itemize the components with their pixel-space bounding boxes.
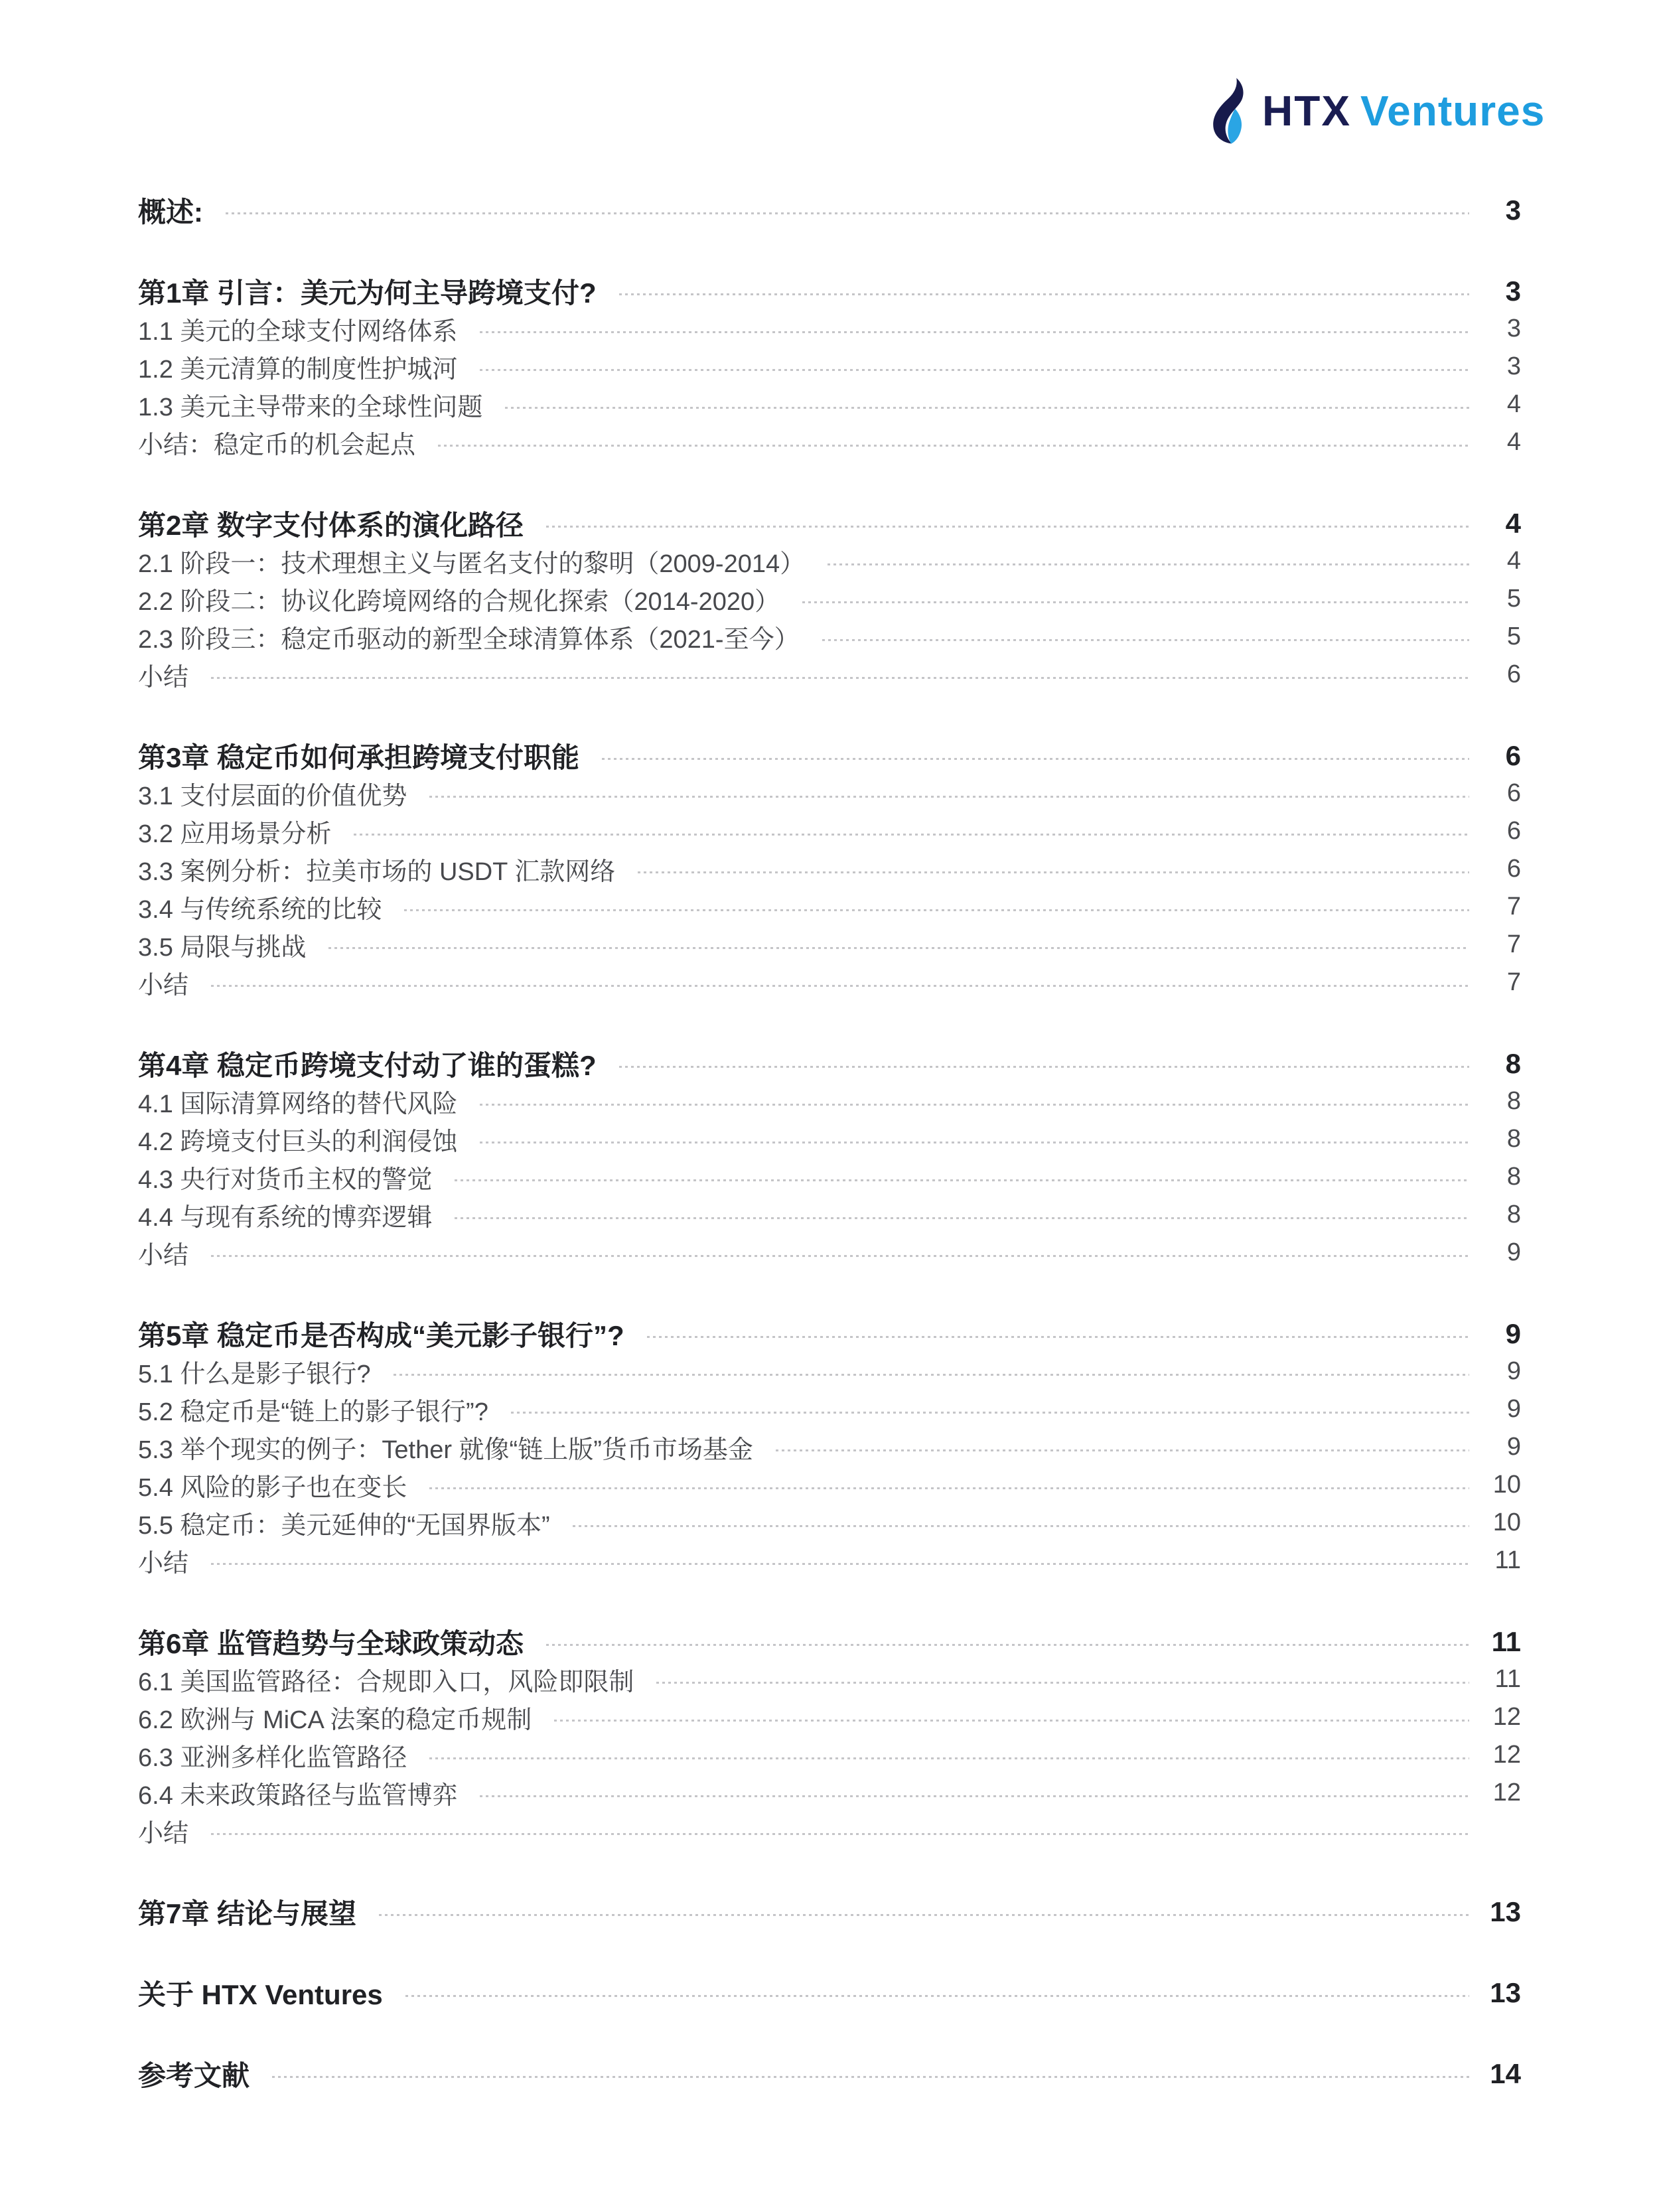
dotted-leader [546,1644,1469,1646]
dotted-leader [573,1525,1469,1527]
toc-entry-label: 小结 [138,656,188,693]
page-number: 11 [1486,1626,1521,1658]
toc-item-entry[interactable]: 5.1 什么是影子银行?9 [138,1353,1521,1390]
page-number: 13 [1486,1896,1521,1928]
toc-section: 第2章 数字支付体系的演化路径42.1 阶段一：技术理想主义与匿名支付的黎明（2… [138,504,1521,694]
toc-entry-label: 5.5 稳定币：美元延伸的“无国界版本” [138,1505,550,1541]
page-number: 8 [1486,1087,1521,1116]
toc-entry-label: 6.4 未来政策路径与监管博弈 [138,1775,457,1811]
dotted-leader [211,1255,1469,1257]
toc-chapter-entry[interactable]: 第2章 数字支付体系的演化路径4 [138,504,1521,542]
toc-item-entry[interactable]: 5.3 举个现实的例子：Tether 就像“链上版”货币市场基金9 [138,1428,1521,1466]
dotted-leader [328,947,1469,949]
toc-item-entry[interactable]: 2.1 阶段一：技术理想主义与匿名支付的黎明（2009-2014）4 [138,542,1521,580]
toc-entry-label: 3.3 案例分析：拉美市场的 USDT 汇款网络 [138,851,615,887]
toc-item-entry[interactable]: 6.1 美国监管路径：合规即入口，风险即限制11 [138,1660,1521,1698]
page-number: 3 [1486,352,1521,381]
toc-item-entry[interactable]: 小结 [138,1812,1521,1850]
toc-chapter-entry[interactable]: 参考文献14 [138,2055,1521,2093]
dotted-leader [619,293,1469,295]
dotted-leader [211,1833,1469,1835]
page-number: 13 [1486,1977,1521,2009]
page-number: 11 [1486,1546,1521,1575]
dotted-leader [822,639,1469,641]
page-number: 10 [1486,1509,1521,1537]
dotted-leader [602,758,1469,760]
toc-section: 参考文献14 [138,2055,1521,2093]
toc-item-entry[interactable]: 2.3 阶段三：稳定币驱动的新型全球清算体系（2021-至今）5 [138,618,1521,656]
toc-entry-label: 小结 [138,1812,188,1849]
page-number: 8 [1486,1163,1521,1191]
dotted-leader [438,445,1469,447]
toc-section: 第5章 稳定币是否构成“美元影子银行”?95.1 什么是影子银行?95.2 稳定… [138,1315,1521,1580]
dotted-leader [802,601,1469,603]
dotted-leader [480,369,1469,371]
toc-chapter-entry[interactable]: 第6章 监管趋势与全球政策动态11 [138,1623,1521,1660]
toc-item-entry[interactable]: 小结7 [138,964,1521,1001]
page-number: 6 [1486,779,1521,808]
dotted-leader [404,909,1469,911]
toc-entry-label: 5.1 什么是影子银行? [138,1353,371,1390]
page-number: 4 [1486,547,1521,575]
toc-item-entry[interactable]: 4.3 央行对货币主权的警觉8 [138,1158,1521,1196]
toc-entry-label: 概述: [138,190,203,230]
dotted-leader [394,1374,1469,1376]
toc-item-entry[interactable]: 6.4 未来政策路径与监管博弈12 [138,1774,1521,1812]
dotted-leader [656,1682,1469,1684]
toc-item-entry[interactable]: 小结6 [138,656,1521,694]
toc-section: 关于 HTX Ventures13 [138,1974,1521,2012]
toc-entry-label: 第3章 稳定币如何承担跨境支付职能 [138,736,579,776]
toc-entry-label: 1.2 美元清算的制度性护城河 [138,348,457,385]
dotted-leader [354,834,1469,836]
toc-section: 第6章 监管趋势与全球政策动态116.1 美国监管路径：合规即入口，风险即限制1… [138,1623,1521,1850]
toc-entry-label: 2.3 阶段三：稳定币驱动的新型全球清算体系（2021-至今） [138,619,800,655]
dotted-leader [455,1179,1469,1181]
toc-entry-label: 第2章 数字支付体系的演化路径 [138,504,524,544]
toc-entry-label: 1.1 美元的全球支付网络体系 [138,311,457,347]
toc-entry-label: 3.1 支付层面的价值优势 [138,775,407,812]
toc-entry-label: 小结：稳定币的机会起点 [138,424,415,461]
toc-item-entry[interactable]: 2.2 阶段二：协议化跨境网络的合规化探索（2014-2020）5 [138,580,1521,618]
toc-item-entry[interactable]: 5.5 稳定币：美元延伸的“无国界版本”10 [138,1504,1521,1542]
page-number: 3 [1486,315,1521,343]
toc-entry-label: 6.3 亚洲多样化监管路径 [138,1737,407,1773]
dotted-leader [554,1720,1469,1722]
toc-entry-label: 小结 [138,1542,188,1579]
page-number: 8 [1486,1125,1521,1153]
toc-item-entry[interactable]: 小结11 [138,1542,1521,1580]
dotted-leader [480,1795,1469,1797]
dotted-leader [480,331,1469,333]
toc-item-entry[interactable]: 4.4 与现有系统的博弈逻辑8 [138,1196,1521,1234]
page-number: 3 [1486,275,1521,307]
dotted-leader [211,1563,1469,1565]
page-number: 9 [1486,1433,1521,1461]
toc-item-entry[interactable]: 小结：稳定币的机会起点4 [138,423,1521,461]
toc-section: 第3章 稳定币如何承担跨境支付职能63.1 支付层面的价值优势63.2 应用场景… [138,737,1521,1001]
toc-entry-label: 小结 [138,1234,188,1271]
toc-entry-label: 4.3 央行对货币主权的警觉 [138,1159,432,1195]
page-number: 10 [1486,1471,1521,1499]
htx-flame-icon [1209,77,1253,145]
toc-item-entry[interactable]: 1.2 美元清算的制度性护城河3 [138,348,1521,386]
dotted-leader [511,1412,1469,1414]
page-number: 9 [1486,1238,1521,1267]
toc-section: 第4章 稳定币跨境支付动了谁的蛋糕?84.1 国际清算网络的替代风险84.2 跨… [138,1045,1521,1272]
page-number: 7 [1486,930,1521,959]
dotted-leader [379,1914,1469,1916]
toc-entry-label: 参考文献 [138,2054,250,2094]
page-number: 4 [1486,428,1521,457]
toc-chapter-entry[interactable]: 第7章 结论与展望13 [138,1893,1521,1931]
toc-chapter-entry[interactable]: 第5章 稳定币是否构成“美元影子银行”?9 [138,1315,1521,1353]
toc-entry-label: 2.1 阶段一：技术理想主义与匿名支付的黎明（2009-2014） [138,543,805,579]
htx-ventures-logo: HTX Ventures [1209,77,1545,145]
page-number: 9 [1486,1357,1521,1386]
dotted-leader [546,526,1469,528]
toc-entry-label: 第6章 监管趋势与全球政策动态 [138,1622,524,1662]
toc-entry-label: 4.2 跨境支付巨头的利润侵蚀 [138,1121,457,1157]
toc-item-entry[interactable]: 6.2 欧洲与 MiCA 法案的稳定币规制12 [138,1698,1521,1736]
page-number: 7 [1486,968,1521,997]
toc-entry-label: 5.4 风险的影子也在变长 [138,1467,407,1503]
dotted-leader [505,407,1469,409]
toc-item-entry[interactable]: 6.3 亚洲多样化监管路径12 [138,1736,1521,1774]
toc-entry-label: 第7章 结论与展望 [138,1892,356,1932]
page-number: 8 [1486,1048,1521,1080]
toc-entry-label: 5.3 举个现实的例子：Tether 就像“链上版”货币市场基金 [138,1429,753,1465]
dotted-leader [455,1217,1469,1219]
toc-entry-label: 3.2 应用场景分析 [138,813,331,849]
logo-brand-text: HTX [1262,90,1351,132]
dotted-leader [776,1449,1469,1451]
toc-item-entry[interactable]: 小结9 [138,1234,1521,1272]
page-number: 5 [1486,623,1521,651]
toc-entry-label: 6.1 美国监管路径：合规即入口，风险即限制 [138,1661,634,1698]
toc-item-entry[interactable]: 3.1 支付层面的价值优势6 [138,774,1521,812]
toc-chapter-entry[interactable]: 第3章 稳定币如何承担跨境支付职能6 [138,737,1521,774]
page-number: 4 [1486,508,1521,540]
toc-entry-label: 1.3 美元主导带来的全球性问题 [138,386,482,423]
page-number: 3 [1486,194,1521,226]
dotted-leader [429,796,1469,798]
toc-entry-label: 3.4 与传统系统的比较 [138,889,382,925]
toc-entry-label: 第4章 稳定币跨境支付动了谁的蛋糕? [138,1044,597,1084]
toc-entry-label: 第1章 引言：美元为何主导跨境支付? [138,271,597,311]
toc-item-entry[interactable]: 4.2 跨境支付巨头的利润侵蚀8 [138,1120,1521,1158]
toc-chapter-entry[interactable]: 概述:3 [138,191,1521,229]
page-number: 12 [1486,1779,1521,1807]
page-number: 14 [1486,2058,1521,2090]
toc-item-entry[interactable]: 5.4 风险的影子也在变长10 [138,1466,1521,1504]
page-number: 6 [1486,740,1521,772]
dotted-leader [828,563,1469,565]
toc-entry-label: 关于 HTX Ventures [138,1973,383,2013]
document-toc-page: HTX Ventures 概述:3第1章 引言：美元为何主导跨境支付?31.1 … [0,0,1659,2212]
toc-item-entry[interactable]: 3.2 应用场景分析6 [138,812,1521,850]
toc-section: 第7章 结论与展望13 [138,1893,1521,1931]
toc-entry-label: 5.2 稳定币是“链上的影子银行”? [138,1391,488,1428]
toc-item-entry[interactable]: 5.2 稳定币是“链上的影子银行”?9 [138,1390,1521,1428]
toc-entry-label: 4.1 国际清算网络的替代风险 [138,1083,457,1120]
page-number: 9 [1486,1395,1521,1424]
page-number: 6 [1486,660,1521,689]
toc-item-entry[interactable]: 1.1 美元的全球支付网络体系3 [138,310,1521,348]
dotted-leader [429,1757,1469,1759]
dotted-leader [405,1995,1469,1997]
page-number: 8 [1486,1201,1521,1229]
dotted-leader [226,212,1469,214]
dotted-leader [429,1487,1469,1489]
page-number: 6 [1486,855,1521,883]
dotted-leader [211,677,1469,679]
toc-chapter-entry[interactable]: 第1章 引言：美元为何主导跨境支付?3 [138,272,1521,310]
toc-item-entry[interactable]: 1.3 美元主导带来的全球性问题4 [138,386,1521,423]
dotted-leader [480,1104,1469,1106]
dotted-leader [619,1066,1469,1068]
toc-entry-label: 6.2 欧洲与 MiCA 法案的稳定币规制 [138,1699,532,1735]
page-number: 5 [1486,585,1521,613]
toc-entry-label: 第5章 稳定币是否构成“美元影子银行”? [138,1314,624,1354]
dotted-leader [647,1336,1469,1338]
toc-section: 第1章 引言：美元为何主导跨境支付?31.1 美元的全球支付网络体系31.2 美… [138,272,1521,461]
toc-item-entry[interactable]: 3.4 与传统系统的比较7 [138,888,1521,926]
toc-item-entry[interactable]: 4.1 国际清算网络的替代风险8 [138,1082,1521,1120]
logo-suffix-text: Ventures [1360,90,1545,132]
toc-entry-label: 2.2 阶段二：协议化跨境网络的合规化探索（2014-2020） [138,581,780,617]
page-number: 12 [1486,1741,1521,1769]
page-number: 11 [1486,1665,1521,1694]
toc-item-entry[interactable]: 3.5 局限与挑战7 [138,926,1521,964]
table-of-contents: 概述:3第1章 引言：美元为何主导跨境支付?31.1 美元的全球支付网络体系31… [138,191,1521,2093]
dotted-leader [211,985,1469,987]
toc-item-entry[interactable]: 3.3 案例分析：拉美市场的 USDT 汇款网络6 [138,850,1521,888]
toc-chapter-entry[interactable]: 第4章 稳定币跨境支付动了谁的蛋糕?8 [138,1045,1521,1082]
toc-chapter-entry[interactable]: 关于 HTX Ventures13 [138,1974,1521,2012]
toc-entry-label: 3.5 局限与挑战 [138,926,306,963]
toc-entry-label: 小结 [138,964,188,1001]
page-number: 12 [1486,1703,1521,1732]
dotted-leader [638,871,1469,873]
page-number: 7 [1486,893,1521,921]
toc-section: 概述:3 [138,191,1521,229]
dotted-leader [272,2076,1469,2078]
page-number: 6 [1486,817,1521,846]
page-number: 4 [1486,390,1521,419]
page-number: 9 [1486,1318,1521,1350]
toc-entry-label: 4.4 与现有系统的博弈逻辑 [138,1197,432,1233]
dotted-leader [480,1142,1469,1143]
